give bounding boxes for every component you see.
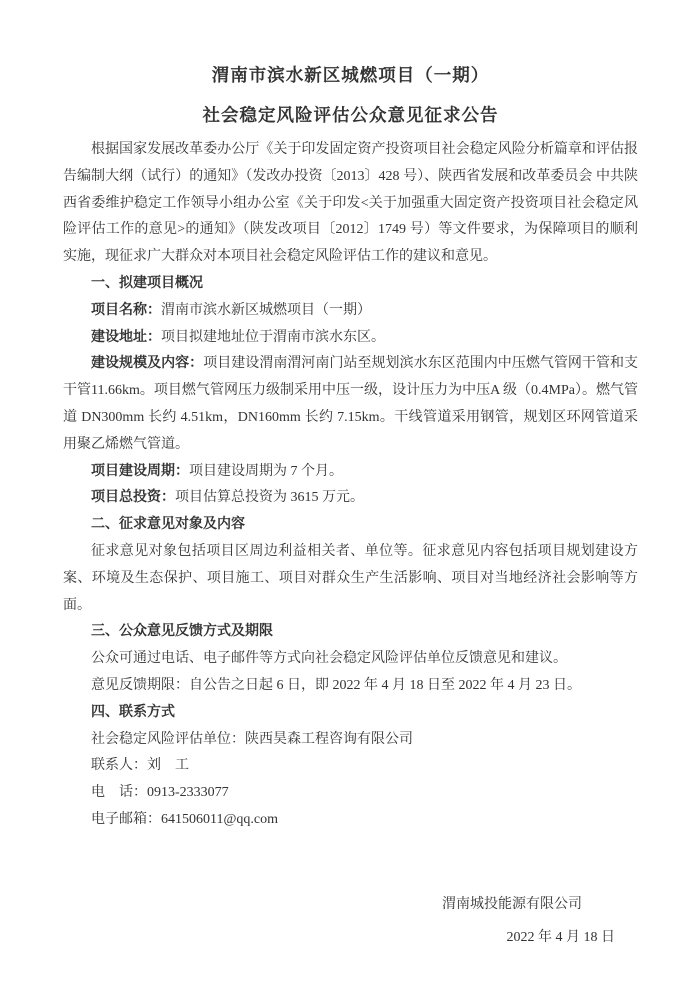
construction-address-value: 项目拟建地址位于渭南市滨水东区。 (161, 330, 385, 345)
construction-period-label: 项目建设周期： (91, 464, 189, 479)
construction-scale-label: 建设规模及内容： (91, 356, 203, 371)
total-investment-value: 项目估算总投资为 3615 万元。 (175, 490, 364, 505)
notice-document-page: 渭南市滨水新区城燃项目（一期） 社会稳定风险评估公众意见征求公告 根据国家发展改… (0, 0, 700, 990)
construction-period-line: 项目建设周期：项目建设周期为 7 个月。 (63, 459, 638, 486)
construction-address-label: 建设地址： (91, 330, 161, 345)
section-1-heading: 一、拟建项目概况 (63, 271, 638, 298)
construction-address-line: 建设地址：项目拟建地址位于渭南市滨水东区。 (63, 325, 638, 352)
signature-block: 渭南城投能源有限公司 2022 年 4 月 18 日 (63, 888, 638, 954)
section-2-paragraph: 征求意见对象包括项目区周边利益相关者、单位等。征求意见内容包括项目规划建设方案、… (63, 539, 638, 619)
construction-period-value: 项目建设周期为 7 个月。 (189, 464, 343, 479)
feedback-deadline-paragraph: 意见反馈期限：自公告之日起 6 日，即 2022 年 4 月 18 日至 202… (63, 673, 638, 700)
assessment-unit-line: 社会稳定风险评估单位：陕西昊森工程咨询有限公司 (63, 727, 638, 754)
phone-line: 电 话：0913-2333077 (63, 780, 638, 807)
contact-person-line: 联系人：刘 工 (63, 753, 638, 780)
project-name-line: 项目名称：渭南市滨水新区城燃项目（一期） (63, 298, 638, 325)
doc-title-block: 渭南市滨水新区城燃项目（一期） 社会稳定风险评估公众意见征求公告 (63, 55, 638, 135)
total-investment-line: 项目总投资：项目估算总投资为 3615 万元。 (63, 485, 638, 512)
doc-title-line-2: 社会稳定风险评估公众意见征求公告 (63, 95, 638, 135)
section-2-heading: 二、征求意见对象及内容 (63, 512, 638, 539)
construction-scale-line: 建设规模及内容：项目建设渭南渭河南门站至规划滨水东区范围内中压燃气管网干管和支干… (63, 351, 638, 458)
project-name-label: 项目名称： (91, 303, 161, 318)
project-name-value: 渭南市滨水新区城燃项目（一期） (161, 303, 371, 318)
section-3-heading: 三、公众意见反馈方式及期限 (63, 619, 638, 646)
doc-body: 根据国家发展改革委办公厅《关于印发固定资产投资项目社会稳定风险分析篇章和评估报告… (63, 137, 638, 834)
intro-paragraph: 根据国家发展改革委办公厅《关于印发固定资产投资项目社会稳定风险分析篇章和评估报告… (63, 137, 638, 271)
feedback-method-paragraph: 公众可通过电话、电子邮件等方式向社会稳定风险评估单位反馈意见和建议。 (63, 646, 638, 673)
doc-title-line-1: 渭南市滨水新区城燃项目（一期） (63, 55, 638, 95)
email-line: 电子邮箱：641506011@qq.com (63, 807, 638, 834)
signature-company: 渭南城投能源有限公司 (63, 888, 638, 921)
total-investment-label: 项目总投资： (91, 490, 175, 505)
section-4-heading: 四、联系方式 (63, 700, 638, 727)
signature-date: 2022 年 4 月 18 日 (63, 921, 638, 954)
